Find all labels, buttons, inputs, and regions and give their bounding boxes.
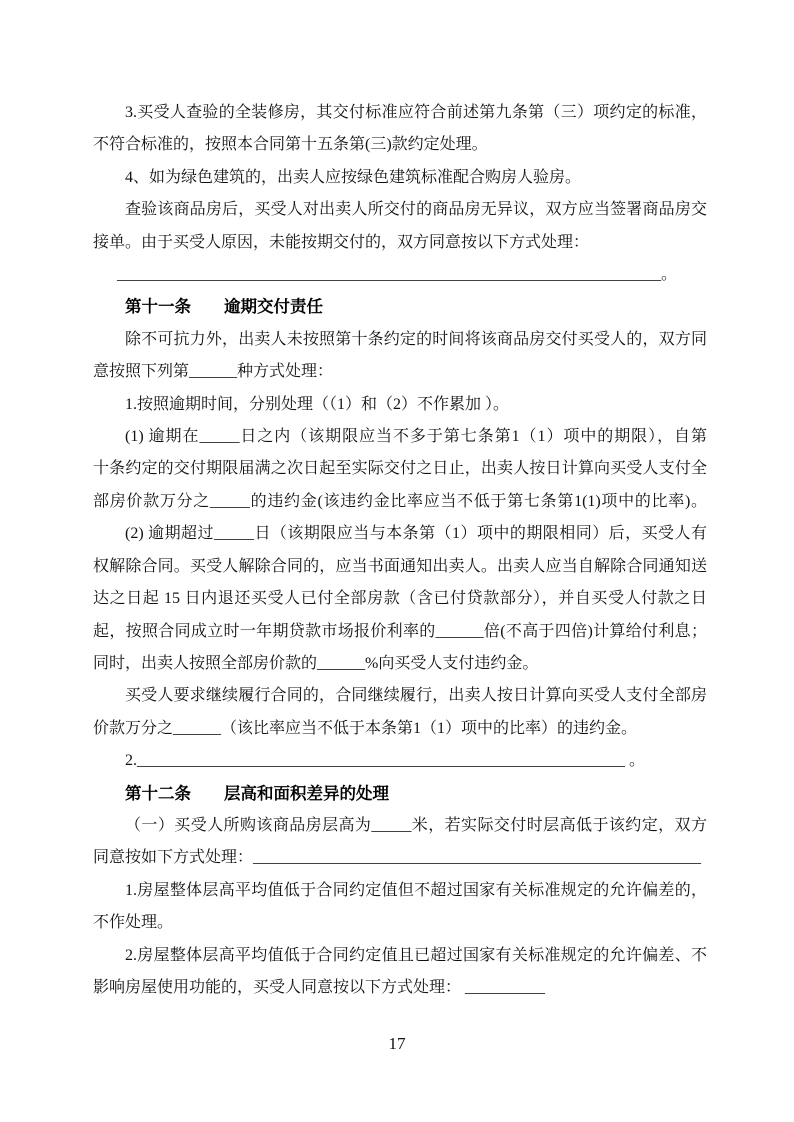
paragraph-line: 权解除合同。买受人解除合同的，应当书面通知出卖人。出卖人应当自解除合同通知送	[93, 551, 707, 583]
paragraph-line: 不符合标准的，按照本合同第十五条第(三)款约定处理。	[93, 129, 707, 161]
paragraph-line: 部房价款万分之_____的违约金(该违约金比率应当不低于第七条第1(1)项中的比…	[93, 486, 707, 518]
paragraph-line: 价款万分之______（该比率应当不低于本条第1（1）项中的比率）的违约金。	[93, 713, 707, 745]
paragraph-line: 起，按照合同成立时一年期贷款市场报价利率的______倍(不高于四倍)计算给付利…	[93, 616, 707, 648]
paragraph-line: 1.房屋整体层高平均值低于合同约定值但不超过国家有关标准规定的允许偏差的，	[93, 875, 707, 907]
contract-page: 3.买受人查验的全装修房，其交付标准应符合前述第九条第（三）项约定的标准，不符合…	[0, 0, 794, 1122]
paragraph-line: (1) 逾期在_____日之内（该期限应当不多于第七条第1（1）项中的期限），自…	[93, 421, 707, 453]
paragraph-line: 影响房屋使用功能的，买受人同意按以下方式处理： __________	[93, 972, 707, 1004]
paragraph-line: （一）买受人所购该商品房层高为_____米，若实际交付时层高低于该约定，双方	[93, 810, 707, 842]
paragraph-line: 1.按照逾期时间，分别处理（（1）和（2）不作累加 ）。	[93, 389, 707, 421]
paragraph-line: 同时，出卖人按照全部房价款的______%向买受人支付违约金。	[93, 648, 707, 680]
page-number: 17	[0, 1034, 794, 1054]
blank-line: ________________________________________…	[93, 259, 707, 291]
paragraph-line: 2.房屋整体层高平均值低于合同约定值且已超过国家有关标准规定的允许偏差、不	[93, 940, 707, 972]
paragraph-line: 接单。由于买受人原因，未能按期交付的，双方同意按以下方式处理：	[93, 227, 707, 259]
document-body: 3.买受人查验的全装修房，其交付标准应符合前述第九条第（三）项约定的标准，不符合…	[93, 97, 707, 1004]
paragraph-line: 查验该商品房后，买受人对出卖人所交付的商品房无异议，双方应当签署商品房交	[93, 194, 707, 226]
paragraph-line: 不作处理。	[93, 907, 707, 939]
blank-line: 2.______________________________________…	[93, 745, 707, 777]
section-heading: 第十二条 层高和面积差异的处理	[93, 778, 707, 810]
paragraph-line: 3.买受人查验的全装修房，其交付标准应符合前述第九条第（三）项约定的标准，	[93, 97, 707, 129]
paragraph-line: 买受人要求继续履行合同的，合同继续履行，出卖人按日计算向买受人支付全部房	[93, 680, 707, 712]
paragraph-line: 意按照下列第______种方式处理：	[93, 356, 707, 388]
section-heading: 第十一条 逾期交付责任	[93, 291, 707, 323]
paragraph-line: 4、如为绿色建筑的，出卖人应按绿色建筑标准配合购房人验房。	[93, 162, 707, 194]
paragraph-line: 达之日起 15 日内退还买受人已付全部房款（含已付贷款部分），并自买受人付款之日	[93, 583, 707, 615]
paragraph-line: 除不可抗力外，出卖人未按照第十条约定的时间将该商品房交付买受人的，双方同	[93, 324, 707, 356]
paragraph-line: (2) 逾期超过_____日（该期限应当与本条第（1）项中的期限相同）后，买受人…	[93, 518, 707, 550]
paragraph-line: 同意按如下方式处理：______________________________…	[93, 842, 707, 874]
paragraph-line: 十条约定的交付期限届满之次日起至实际交付之日止，出卖人按日计算向买受人支付全	[93, 453, 707, 485]
